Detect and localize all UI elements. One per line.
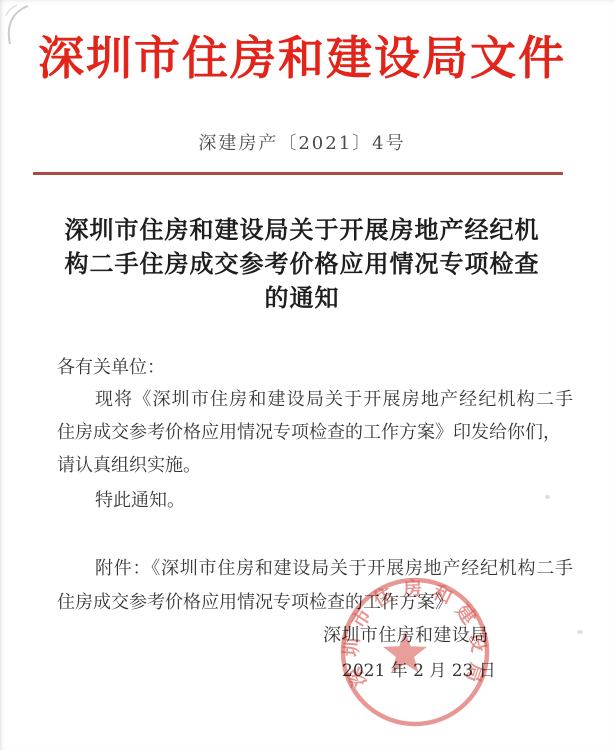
document-title-line: 构二手住房成交参考价格应用情况专项检查	[0, 247, 604, 281]
red-separator-line	[33, 172, 563, 175]
closing-line: 特此通知。	[95, 490, 185, 512]
scan-artifact	[3, 2, 33, 48]
body-paragraph-line: 住房成交参考价格应用情况专项检查的工作方案》印发给你们，	[57, 422, 561, 444]
document-number: 深建房产〔2021〕4号	[0, 132, 604, 156]
attachment-line: 附件：《深圳市住房和建设局关于开展房地产经纪机构二手	[95, 558, 573, 580]
body-paragraph-line: 现将《深圳市住房和建设局关于开展房地产经纪机构二手	[95, 389, 573, 411]
official-seal: 深圳市住房和建设局	[335, 572, 495, 732]
document-title: 深圳市住房和建设局关于开展房地产经纪机 构二手住房成交参考价格应用情况专项检查 …	[0, 213, 604, 315]
scan-artifact	[577, 630, 583, 634]
svg-text:深圳市住房和建设局: 深圳市住房和建设局	[340, 577, 490, 690]
document-title-line: 深圳市住房和建设局关于开展房地产经纪机	[0, 213, 604, 247]
salutation-line: 各有关单位：	[57, 357, 165, 379]
body-paragraph-line: 请认真组织实施。	[57, 455, 201, 477]
scanned-official-document: 深圳市住房和建设局文件 深建房产〔2021〕4号 深圳市住房和建设局关于开展房地…	[0, 0, 615, 750]
agency-banner: 深圳市住房和建设局文件	[0, 30, 604, 86]
seal-text: 深圳市住房和建设局	[340, 577, 490, 690]
scan-artifact	[545, 495, 550, 499]
seal-star-icon	[383, 631, 427, 673]
document-title-line: 的通知	[0, 281, 604, 315]
